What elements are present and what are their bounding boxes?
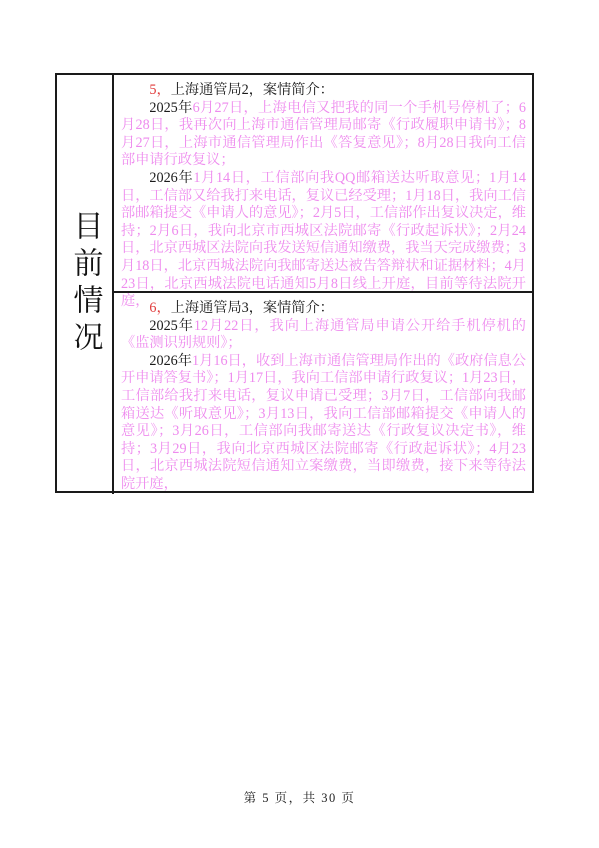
- row-header-cell: 目前情况: [57, 75, 114, 494]
- year-label: 2026年: [149, 170, 193, 186]
- case-paragraph-2026: 2026年1月14日，工信部向我QQ邮箱送达听取意见；1月14日，工信部又给我打…: [121, 170, 526, 311]
- case-title: 6，上海通管局3，案情简介：: [121, 300, 526, 318]
- case-paragraph-2025: 2025年12月22日，我向上海通管局申请公开给手机停机的《监测识别规则》；: [121, 318, 526, 353]
- year-label: 2025年: [149, 318, 193, 334]
- case-paragraph-2026: 2026年1月16日，收到上海市通信管理局作出的《政府信息公开申请答复书》；1月…: [121, 353, 526, 494]
- case-cell-5: 5，上海通管局2，案情简介： 2025年6月27日，上海电信又把我的同一个手机号…: [114, 75, 532, 293]
- case-title-text: 上海通管局3，案情简介：: [171, 300, 334, 316]
- year-label: 2026年: [149, 353, 192, 369]
- case-events-text: 1月16日，收到上海市通信管理局作出的《政府信息公开申请答复书》；1月17日，我…: [121, 353, 526, 492]
- case-number: 6，: [149, 300, 170, 316]
- case-paragraph-2025: 2025年6月27日，上海电信又把我的同一个手机号停机了；6月28日，我再次向上…: [121, 100, 526, 170]
- case-events-text: 1月14日，工信部向我QQ邮箱送达听取意见；1月14日，工信部又给我打来电话，复…: [121, 170, 526, 309]
- row-header-label: 目前情况: [70, 210, 100, 358]
- year-label: 2025年: [149, 100, 192, 116]
- case-cell-6: 6，上海通管局3，案情简介： 2025年12月22日，我向上海通管局申请公开给手…: [114, 293, 532, 494]
- case-status-table: 目前情况 5，上海通管局2，案情简介： 2025年6月27日，上海电信又把我的同…: [55, 73, 534, 493]
- case-title: 5，上海通管局2，案情简介：: [121, 82, 526, 100]
- case-number: 5，: [149, 82, 170, 98]
- document-page: 目前情况 5，上海通管局2，案情简介： 2025年6月27日，上海电信又把我的同…: [0, 0, 599, 848]
- page-number-footer: 第 5 页，共 30 页: [0, 788, 599, 806]
- case-title-text: 上海通管局2，案情简介：: [171, 82, 334, 98]
